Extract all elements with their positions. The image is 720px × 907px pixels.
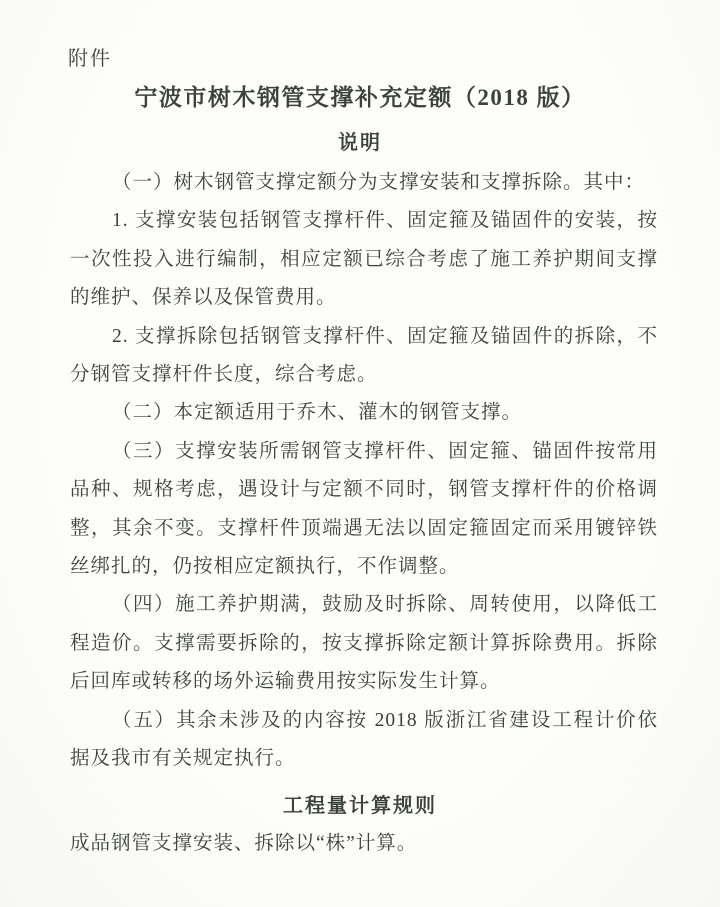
body-line: 1. 支撑安装包括钢管支撑杆件、固定箍及锚固件的安装，按 (70, 202, 658, 240)
section-heading-notes: 说明 (0, 126, 720, 155)
body-line: （五）其余未涉及的内容按 2018 版浙江省建设工程计价依 (70, 702, 658, 740)
body-line: 整，其余不变。支撑杆件顶端遇无法以固定箍固定而采用镀锌铁 (70, 510, 658, 548)
body-line: 一次性投入进行编制，相应定额已综合考虑了施工养护期间支撑 (70, 241, 658, 279)
body-line: 成品钢管支撑安装、拆除以“株”计算。 (70, 825, 658, 863)
body-line: （三）支撑安装所需钢管支撑杆件、固定箍、锚固件按常用 (70, 433, 658, 471)
document-page: 附件 宁波市树木钢管支撑补充定额（2018 版） 说明 （一）树木钢管支撑定额分… (0, 0, 720, 907)
body-line: 分钢管支撑杆件长度，综合考虑。 (70, 356, 658, 394)
body-line: 程造价。支撑需要拆除的，按支撑拆除定额计算拆除费用。拆除 (70, 625, 658, 663)
attachment-label: 附件 (68, 42, 112, 71)
document-title: 宁波市树木钢管支撑补充定额（2018 版） (0, 79, 720, 112)
body-line: （四）施工养护期满，鼓励及时拆除、周转使用，以降低工 (70, 586, 658, 624)
body-line: 品种、规格考虑，遇设计与定额不同时，钢管支撑杆件的价格调 (70, 471, 658, 509)
body-line: （一）树木钢管支撑定额分为支撑安装和支撑拆除。其中： (70, 164, 658, 202)
body-line: 2. 支撑拆除包括钢管支撑杆件、固定箍及锚固件的拆除，不 (70, 318, 658, 356)
body-line: 据及我市有关规定执行。 (70, 740, 658, 778)
body-line: 丝绑扎的，仍按相应定额执行，不作调整。 (70, 548, 658, 586)
body-line: 的维护、保养以及保管费用。 (70, 279, 658, 317)
body-line: （二）本定额适用于乔木、灌木的钢管支撑。 (70, 394, 658, 432)
section-heading-calculation-rules: 工程量计算规则 (0, 789, 720, 818)
body-line: 后回库或转移的场外运输费用按实际发生计算。 (70, 663, 658, 701)
notes-section-body: （一）树木钢管支撑定额分为支撑安装和支撑拆除。其中：1. 支撑安装包括钢管支撑杆… (70, 164, 658, 779)
rules-section-body: 成品钢管支撑安装、拆除以“株”计算。 (70, 825, 658, 863)
